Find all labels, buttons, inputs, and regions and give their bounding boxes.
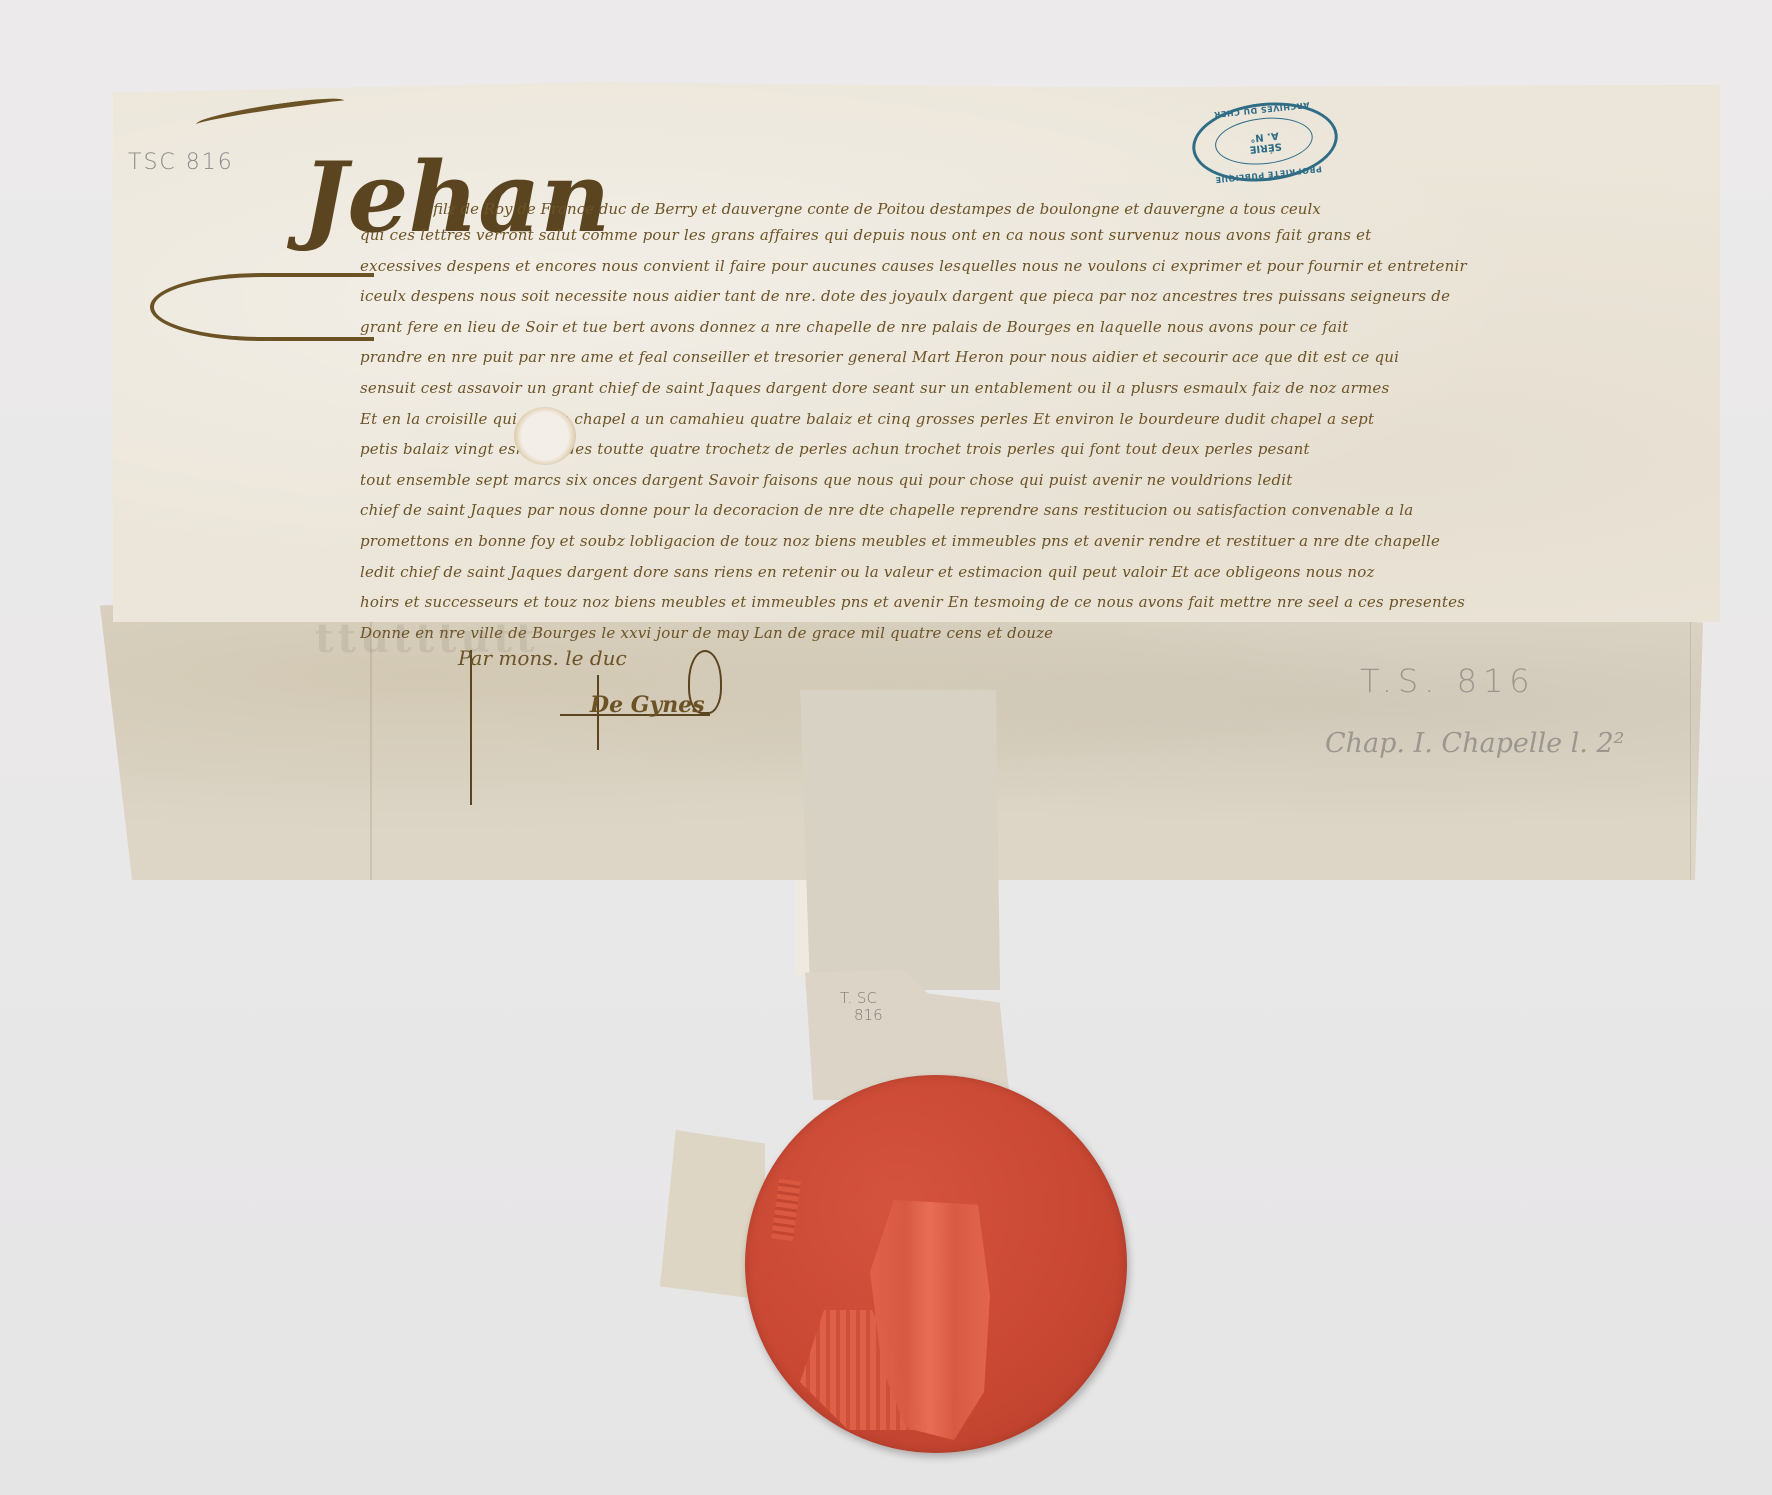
initial-flourish-loop <box>150 273 374 341</box>
seal-tag-strip <box>800 690 1000 990</box>
charter-line: tout ensemble sept marcs six onces darge… <box>360 471 1690 502</box>
plica-attestation: Par mons. le duc <box>458 646 627 670</box>
charter-line: iceulx despens nous soit necessite nous … <box>360 287 1690 318</box>
charter-line: promettons en bonne foy et soubz lobliga… <box>360 532 1690 563</box>
secretary-signature: De Gynes <box>590 692 705 718</box>
charter-line: prandre en nre puit par nre ame et feal … <box>360 348 1690 379</box>
shelf-location-note-plica: Chap. I. Chapelle l. 2² <box>1325 728 1624 759</box>
charter-heading-line: filz de Roy de France duc de Berry et da… <box>433 200 1703 218</box>
plica-edge-crease <box>1690 600 1691 880</box>
attestation-flourish-stroke <box>470 650 472 805</box>
charter-line: grant fere en lieu de Soir et tue bert a… <box>360 318 1690 349</box>
shelfmark-note-top-left: TSC 816 <box>128 150 234 175</box>
tag-note-line-1: T. SC <box>840 990 883 1007</box>
charter-line: ledit chief de saint Jaques dargent dore… <box>360 563 1690 594</box>
charter-line: hoirs et successeurs et touz noz biens m… <box>360 593 1690 624</box>
charter-line: excessives despens et encores nous convi… <box>360 257 1690 288</box>
charter-line: sensuit cest assavoir un grant chief de … <box>360 379 1690 410</box>
parchment-hole <box>514 407 576 465</box>
charter-line: chief de saint Jaques par nous donne pou… <box>360 501 1690 532</box>
shelfmark-note-plica: T.S. 816 <box>1360 662 1536 700</box>
shelfmark-note-tag: T. SC 816 <box>840 990 883 1024</box>
charter-line: qui ces lettres verront salut comme pour… <box>360 226 1690 257</box>
tag-note-line-2: 816 <box>840 1007 883 1024</box>
